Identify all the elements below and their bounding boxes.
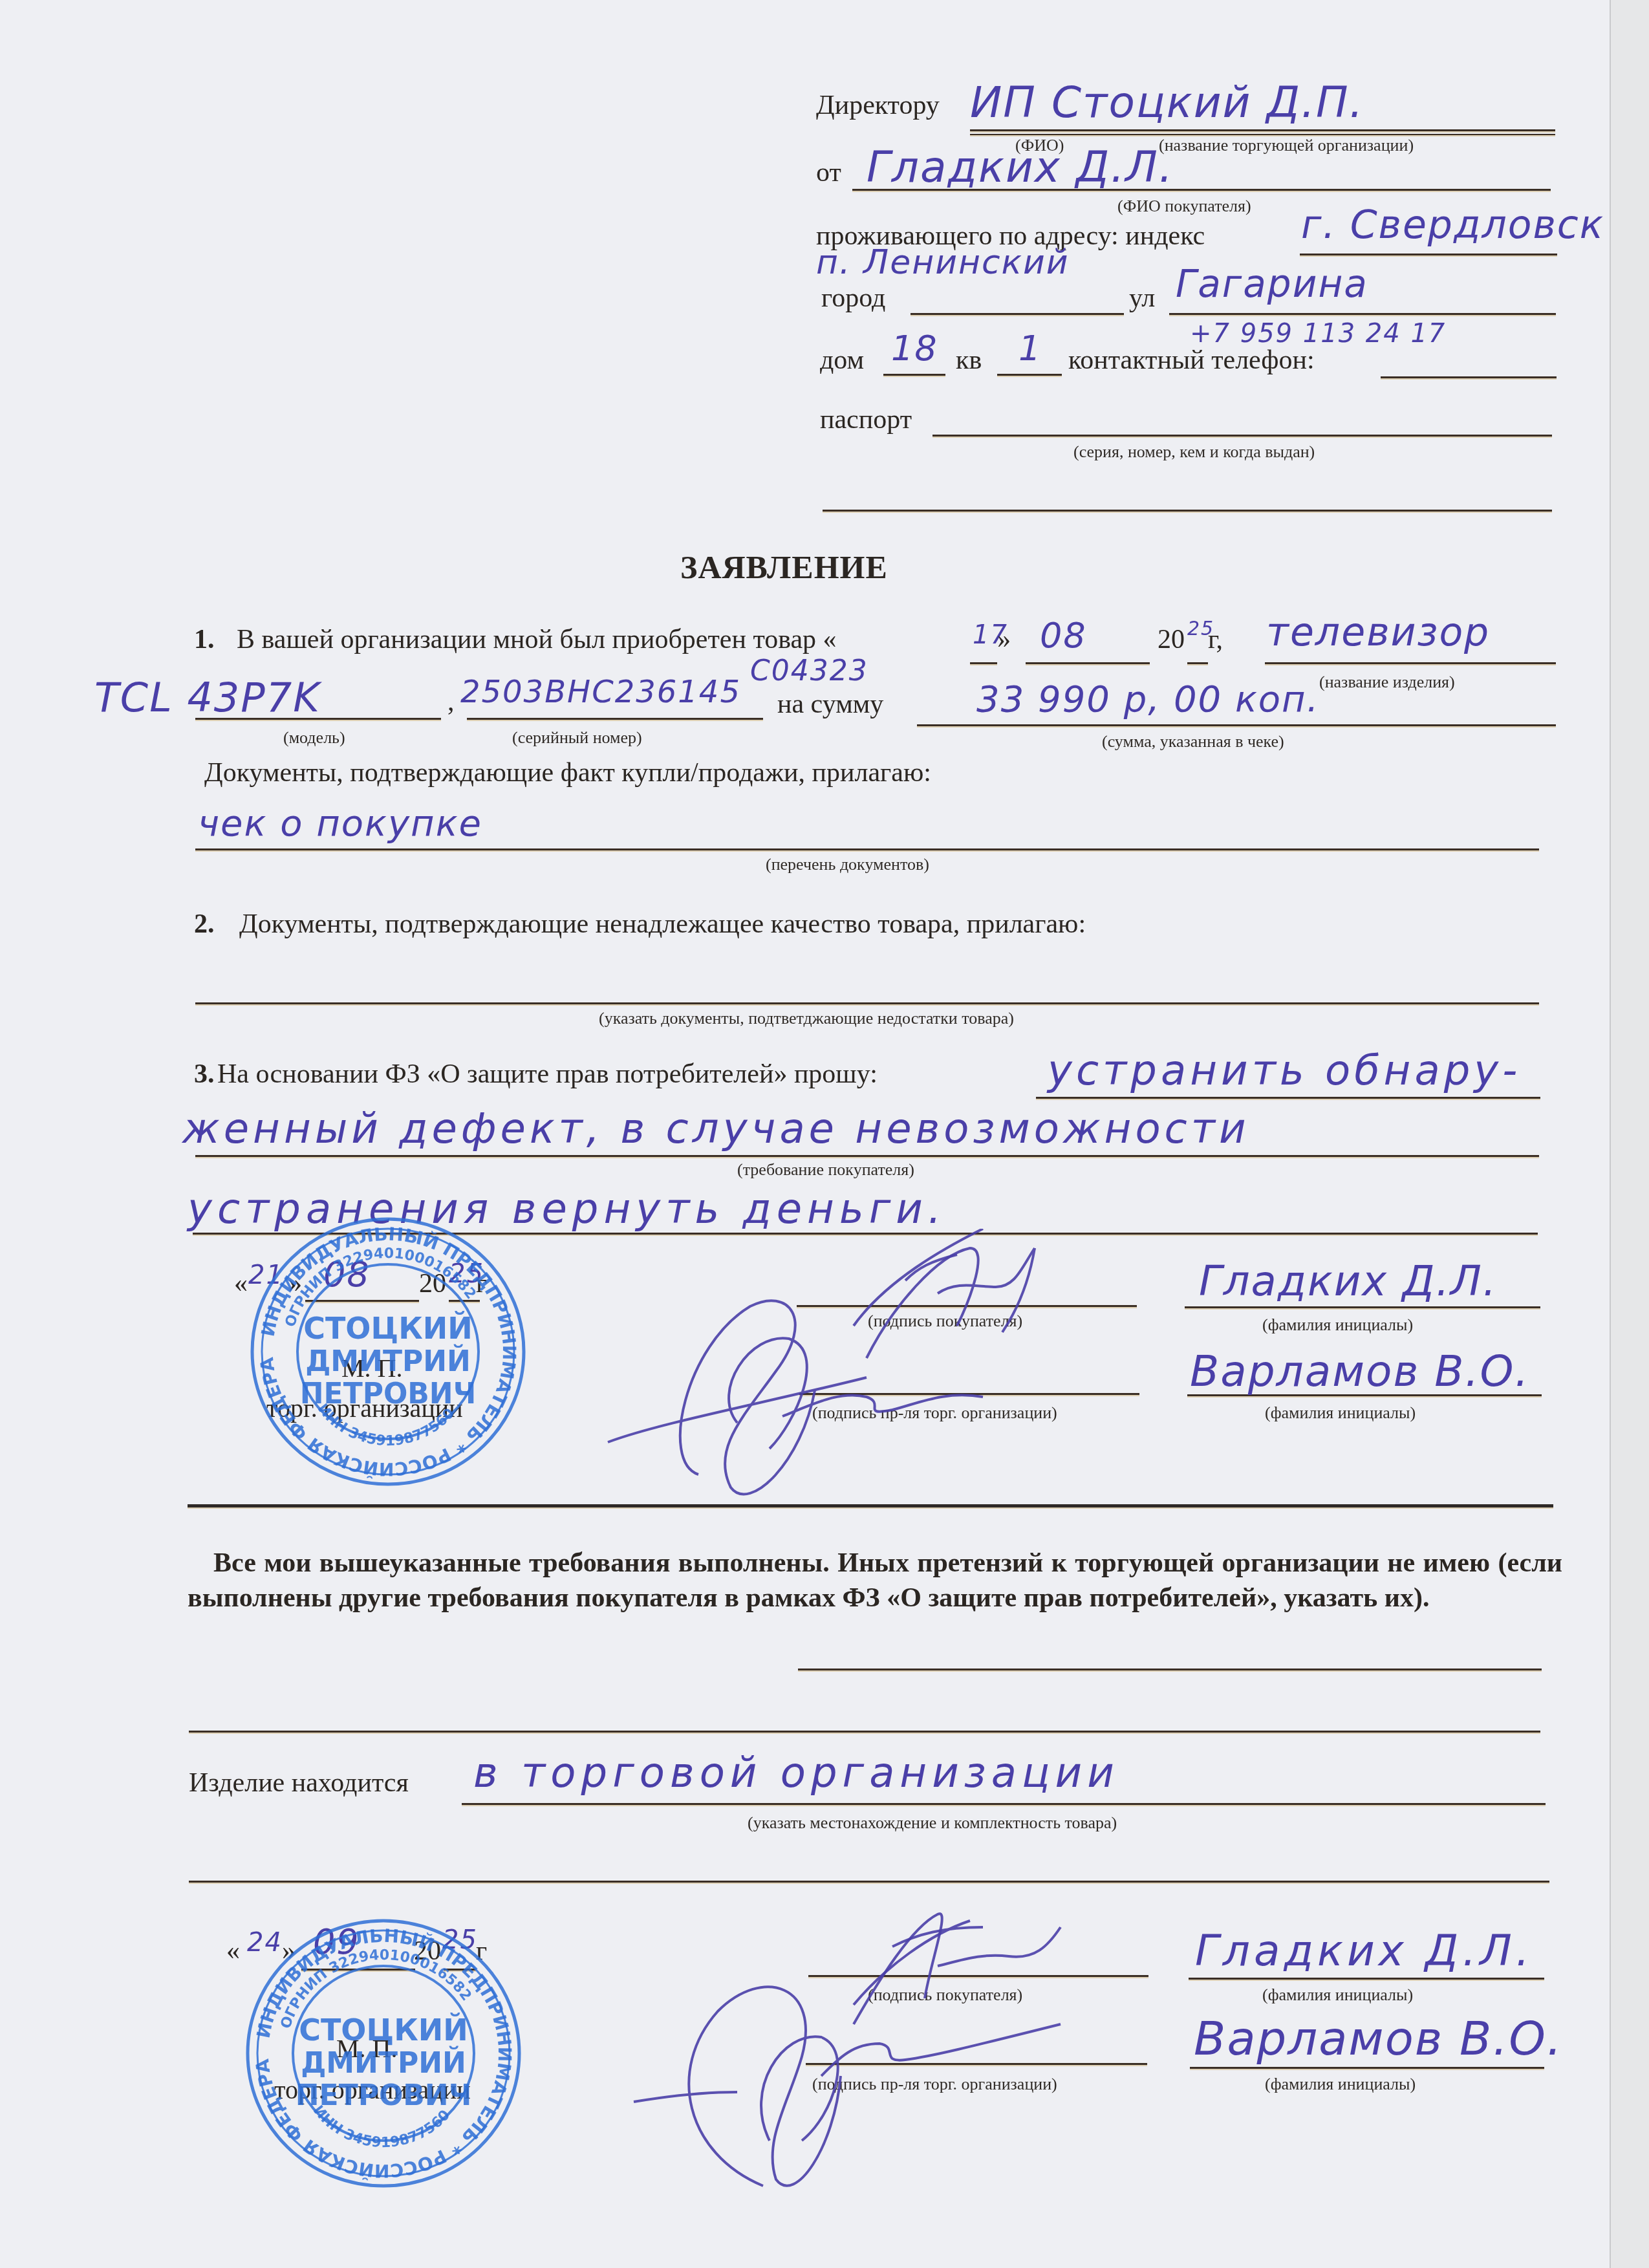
- product-name-line: [1265, 662, 1556, 664]
- house-label: дом: [820, 347, 864, 374]
- street-field[interactable]: Гагарина: [1176, 265, 1368, 303]
- document-title: ЗАЯВЛЕНИЕ: [680, 551, 888, 583]
- svg-text:ДМИТРИЙ: ДМИТРИЙ: [301, 2046, 466, 2080]
- sig2-seller-name-field[interactable]: Варламов В.О.: [1194, 2015, 1563, 2062]
- stamp-seal-1: ИНДИВИДУАЛЬНЫЙ ПРЕДПРИНИМАТЕЛЬ * РОССИЙС…: [242, 1209, 533, 1494]
- stamp-seal-2: ИНДИВИДУАЛЬНЫЙ ПРЕДПРИНИМАТЕЛЬ * РОССИЙС…: [238, 1911, 529, 2196]
- request-field-line2[interactable]: женный дефект, в случае невозможности: [182, 1108, 1250, 1150]
- sig1-buyer-name-caption: (фамилия инициалы): [1262, 1317, 1413, 1334]
- purchase-docs-caption: (перечень документов): [766, 856, 929, 873]
- section1-number: 1.: [194, 626, 215, 653]
- sig1-buyer-name-line: [1185, 1306, 1540, 1308]
- city-field-line: [911, 313, 1124, 315]
- apt-field-line: [997, 374, 1062, 376]
- location-caption: (указать местонахождение и комплектность…: [748, 1815, 1117, 1831]
- passport-field-line: [932, 435, 1552, 437]
- purchase-docs-line: [195, 848, 1539, 850]
- address-index-field[interactable]: г. Свердловск: [1301, 206, 1604, 244]
- sig2-seller-name-line: [1190, 2067, 1544, 2069]
- serial-field[interactable]: 2503BHC236145: [460, 676, 741, 707]
- director-caption-org: (название торгующей организации): [1159, 137, 1414, 154]
- section2-text: Документы, подтверждающие ненадлежащее к…: [239, 911, 1086, 938]
- svg-text:ДМИТРИЙ: ДМИТРИЙ: [305, 1344, 471, 1378]
- model-caption: (модель): [283, 729, 345, 746]
- model-line: [195, 718, 441, 720]
- city-label: город: [821, 285, 885, 312]
- request-caption: (требование покупателя): [737, 1161, 914, 1178]
- apt-label: кв: [956, 347, 982, 374]
- street-label: ул: [1129, 285, 1155, 312]
- sig2-buyer-name-field[interactable]: Гладких Д.Л.: [1195, 1930, 1533, 1972]
- year-prefix: 20: [1158, 626, 1185, 653]
- request-line-1: [1036, 1097, 1540, 1099]
- serial-caption: (серийный номер): [512, 729, 642, 746]
- buyer-signature-1: [841, 1222, 1086, 1365]
- product-name-caption: (название изделия): [1319, 674, 1455, 691]
- sig1-seller-name-caption: (фамилия инициалы): [1265, 1405, 1416, 1421]
- sig2-seller-name-caption: (фамилия инициалы): [1265, 2076, 1416, 2093]
- phone-field[interactable]: +7 959 113 24 17: [1190, 321, 1446, 347]
- house-field-line: [883, 374, 945, 376]
- model-serial-comma: ,: [447, 688, 455, 715]
- sum-field[interactable]: 33 990 р, 00 коп.: [976, 682, 1319, 718]
- section-divider: [188, 1504, 1553, 1507]
- completion-field-line-1: [798, 1669, 1542, 1670]
- quote-close: »: [997, 626, 1011, 653]
- address-index-line: [1300, 254, 1557, 255]
- location-field-line-2: [189, 1881, 1549, 1883]
- address-extra-field[interactable]: п. Ленинский: [816, 246, 1070, 279]
- purchase-year-line: [1187, 662, 1208, 664]
- sig1-seller-name-field[interactable]: Варламов В.О.: [1190, 1350, 1529, 1393]
- model-field[interactable]: TCL 43P7K: [94, 678, 321, 718]
- serial-extra-field[interactable]: C04323: [750, 657, 868, 686]
- director-field-line: [970, 129, 1555, 131]
- location-field-line: [462, 1803, 1546, 1805]
- director-label: Директору: [816, 92, 940, 119]
- sig2-buyer-name-line: [1189, 1978, 1544, 1980]
- year-suffix: г,: [1208, 626, 1223, 653]
- purchase-month-line: [1026, 662, 1150, 664]
- house-field[interactable]: 18: [891, 331, 938, 366]
- passport-caption: (серия, номер, кем и когда выдан): [1073, 444, 1315, 460]
- sig2-buyer-name-caption: (фамилия инициалы): [1262, 1987, 1413, 2003]
- section3-number: 3.: [194, 1061, 215, 1088]
- location-label: Изделие находится: [189, 1769, 409, 1797]
- from-field[interactable]: Гладких Д.Л.: [867, 146, 1174, 189]
- phone-label: контактный телефон:: [1068, 347, 1315, 374]
- svg-text:ПЕТРОВИЧ: ПЕТРОВИЧ: [300, 1377, 476, 1410]
- street-field-line: [1169, 313, 1556, 315]
- buyer-signature-2: [841, 1901, 1073, 2031]
- section3-text: На основании ФЗ «О защите прав потребите…: [217, 1061, 878, 1088]
- request-line-2: [195, 1155, 1539, 1157]
- sum-label: на сумму: [777, 691, 883, 718]
- director-field[interactable]: ИП Стоцкий Д.П.: [970, 81, 1364, 124]
- sig1-buyer-name-field[interactable]: Гладких Д.Л.: [1199, 1261, 1497, 1302]
- sum-line: [917, 724, 1556, 726]
- purchase-month-field[interactable]: 08: [1040, 618, 1087, 653]
- location-field[interactable]: в торговой организации: [473, 1753, 1119, 1794]
- svg-text:ПЕТРОВИЧ: ПЕТРОВИЧ: [296, 2079, 471, 2112]
- section1-text: В вашей организации мной был приобретен …: [237, 626, 837, 653]
- svg-text:СТОЦКИЙ: СТОЦКИЙ: [303, 1311, 473, 1346]
- phone-field-line: [1381, 376, 1557, 378]
- completion-paragraph: Все мои вышеуказанные требования выполне…: [188, 1546, 1562, 1615]
- from-label: от: [816, 159, 841, 186]
- svg-text:СТОЦКИЙ: СТОЦКИЙ: [299, 2013, 468, 2047]
- purchase-docs-field[interactable]: чек о покупке: [198, 806, 482, 842]
- director-field-line-double: [970, 134, 1555, 135]
- serial-line: [467, 718, 763, 720]
- document-page: Директору ИП Стоцкий Д.П. (ФИО) (названи…: [0, 0, 1611, 2268]
- apt-field[interactable]: 1: [1018, 331, 1042, 366]
- product-name-field[interactable]: телевизор: [1266, 613, 1490, 652]
- passport-field-line-2: [823, 510, 1552, 512]
- defect-docs-line: [195, 1002, 1539, 1004]
- passport-label: паспорт: [820, 406, 912, 433]
- completion-field-line-2: [189, 1731, 1540, 1733]
- section2-number: 2.: [194, 911, 215, 938]
- defect-docs-caption: (указать документы, подтветджающие недос…: [599, 1010, 1014, 1027]
- purchase-docs-label: Документы, подтверждающие факт купли/про…: [204, 759, 931, 786]
- request-field-line1[interactable]: устранить обнару-: [1048, 1050, 1521, 1092]
- sum-caption: (сумма, указанная в чеке): [1102, 733, 1284, 750]
- from-caption: (ФИО покупателя): [1117, 198, 1251, 215]
- purchase-day-line: [970, 662, 997, 664]
